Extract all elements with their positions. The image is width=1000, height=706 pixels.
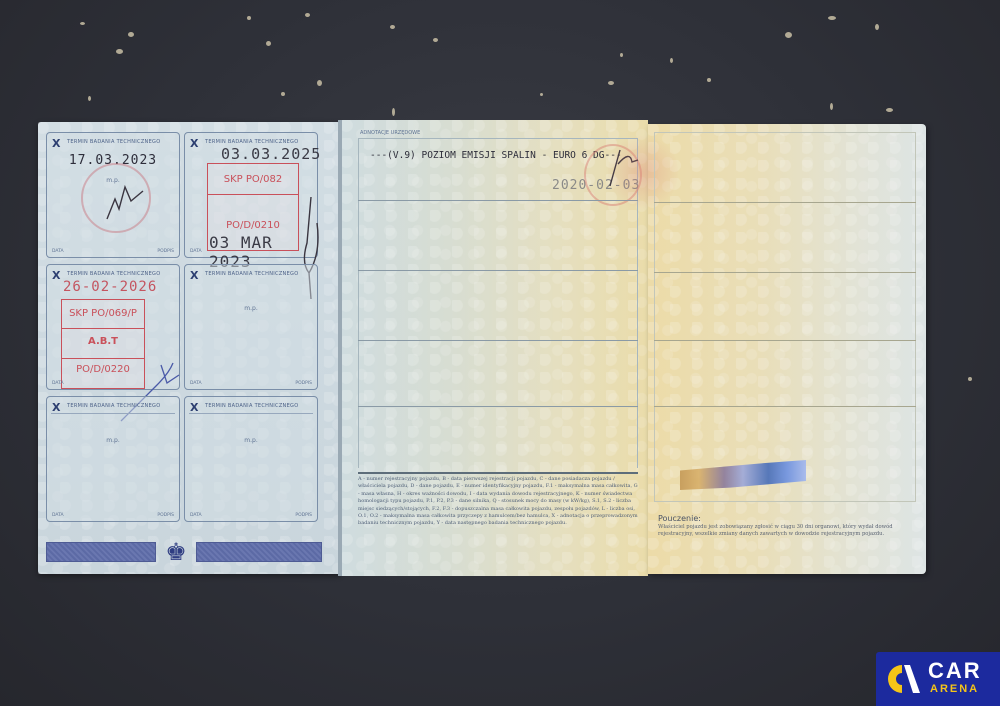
inspection-box-3: X TERMIN BADANIA TECHNICZNEGO 26-02-2026… — [46, 264, 180, 390]
x-mark: X — [190, 269, 198, 282]
official-notes-page: ADNOTACJE URZĘDOWE ---(V.9) POZIOM EMISJ… — [342, 120, 648, 576]
car-arena-mark-icon — [886, 663, 920, 695]
signature-label: PODPIS — [295, 381, 312, 386]
signature — [103, 179, 153, 224]
date-label: DATA — [52, 249, 64, 254]
date-label: DATA — [190, 249, 202, 254]
inspection-page: X TERMIN BADANIA TECHNICZNEGO 17.03.2023… — [38, 122, 340, 574]
date-label: DATA — [190, 381, 202, 386]
x-mark: X — [190, 137, 198, 150]
next-inspection-date: 03.03.2025 — [221, 145, 321, 163]
logo-text-arena: ARENA — [930, 683, 979, 695]
logo-text-car: CAR — [928, 658, 982, 684]
box-header: TERMIN BADANIA TECHNICZNEGO — [67, 271, 160, 277]
date-label: DATA — [52, 381, 64, 386]
box-header: TERMIN BADANIA TECHNICZNEGO — [205, 403, 298, 409]
inspection-box-2: X TERMIN BADANIA TECHNICZNEGO 03.03.2025… — [184, 132, 318, 258]
car-arena-logo: CAR ARENA — [876, 652, 1000, 706]
inspection-box-1: X TERMIN BADANIA TECHNICZNEGO 17.03.2023… — [46, 132, 180, 258]
box-header: TERMIN BADANIA TECHNICZNEGO — [205, 271, 298, 277]
notice-title: Pouczenie: — [658, 514, 701, 523]
security-band-right — [196, 542, 322, 562]
signature-label: PODPIS — [157, 249, 174, 254]
date-label: DATA — [52, 513, 64, 518]
registration-document: X TERMIN BADANIA TECHNICZNEGO 17.03.2023… — [38, 118, 928, 578]
notice-page: Pouczenie: Właściciel pojazdu jest zobow… — [648, 124, 926, 574]
box-header: TERMIN BADANIA TECHNICZNEGO — [67, 403, 160, 409]
x-mark: X — [52, 269, 60, 282]
inspection-box-5: X TERMIN BADANIA TECHNICZNEGO m.p. DATA … — [46, 396, 180, 522]
box-header: TERMIN BADANIA TECHNICZNEGO — [67, 139, 160, 145]
x-mark: X — [52, 137, 60, 150]
stamp-placeholder: m.p. — [185, 305, 317, 312]
signature-label: PODPIS — [295, 513, 312, 518]
stamp-placeholder: m.p. — [47, 437, 179, 444]
section-label: ADNOTACJE URZĘDOWE — [360, 130, 420, 136]
next-inspection-date: 26-02-2026 — [63, 279, 157, 295]
date-label: DATA — [190, 513, 202, 518]
security-band-left — [46, 542, 156, 562]
stamp-placeholder: m.p. — [185, 437, 317, 444]
inspection-box-4: X TERMIN BADANIA TECHNICZNEGO m.p. DATA … — [184, 264, 318, 390]
eagle-emblem-icon: ♚ — [163, 536, 189, 568]
signature-label: PODPIS — [157, 513, 174, 518]
inspection-box-6: X TERMIN BADANIA TECHNICZNEGO m.p. DATA … — [184, 396, 318, 522]
notice-text: Właściciel pojazdu jest zobowiązany zgło… — [658, 524, 913, 538]
field-legend: A - numer rejestracyjny pojazdu, B - dat… — [358, 476, 640, 528]
emission-standard-entry: ---(V.9) POZIOM EMISJI SPALIN - EURO 6 D… — [370, 150, 622, 161]
